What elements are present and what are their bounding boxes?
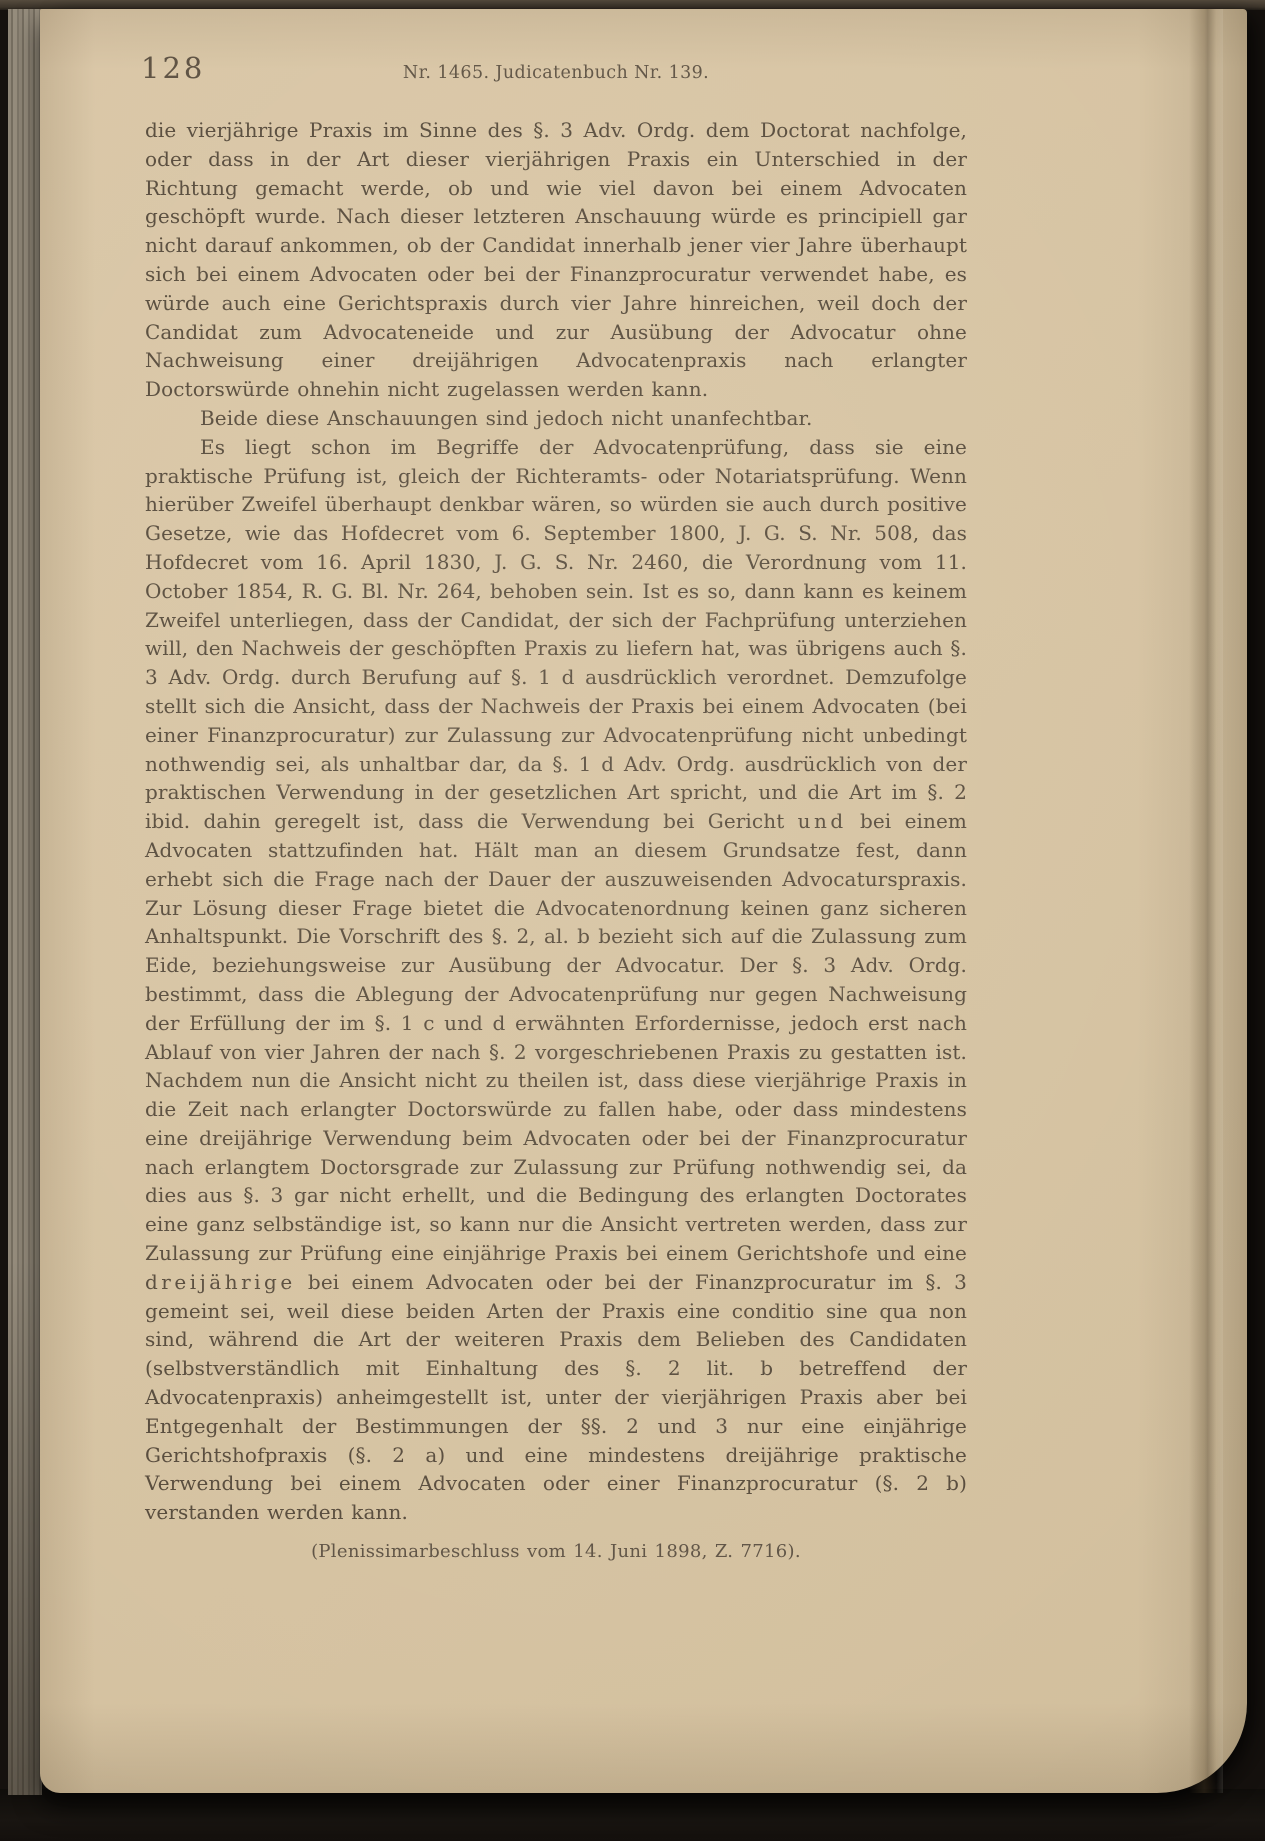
- text-segment: die vierjährige Praxis im Sinne des §. 3…: [145, 118, 967, 401]
- text-segment: Beide diese Anschauungen sind jedoch nic…: [200, 406, 812, 430]
- emphasized-word: dreijährige: [145, 1270, 296, 1294]
- text-segment: bei einem Advocaten oder bei der Finanzp…: [145, 1270, 967, 1524]
- page-header: 128 Nr. 1465. Judicatenbuch Nr. 139.: [145, 51, 967, 95]
- citation-footnote: (Plenissimarbeschluss vom 14. Juni 1898,…: [145, 1538, 967, 1567]
- text-segment: bei einem Advocaten stattzufinden hat. H…: [145, 809, 967, 1265]
- scan-bottom-edge: [0, 1789, 1265, 1841]
- paragraph: die vierjährige Praxis im Sinne des §. 3…: [145, 116, 967, 404]
- body-text: die vierjährige Praxis im Sinne des §. 3…: [145, 116, 967, 1567]
- gutter-crease: [1189, 9, 1223, 1793]
- emphasized-word: und: [798, 809, 847, 833]
- page-number: 128: [141, 51, 205, 85]
- paragraph: Beide diese Anschauungen sind jedoch nic…: [145, 404, 967, 433]
- paragraph: Es liegt schon im Begriffe der Advocaten…: [145, 433, 967, 1527]
- running-title: Nr. 1465. Judicatenbuch Nr. 139.: [145, 51, 967, 83]
- paragraphs-container: die vierjährige Praxis im Sinne des §. 3…: [145, 116, 967, 1527]
- page-edge-stack: [8, 9, 42, 1795]
- book-page: 128 Nr. 1465. Judicatenbuch Nr. 139. die…: [40, 9, 1247, 1793]
- scanned-book-photo: 128 Nr. 1465. Judicatenbuch Nr. 139. die…: [0, 0, 1265, 1841]
- text-segment: Es liegt schon im Begriffe der Advocaten…: [145, 435, 967, 833]
